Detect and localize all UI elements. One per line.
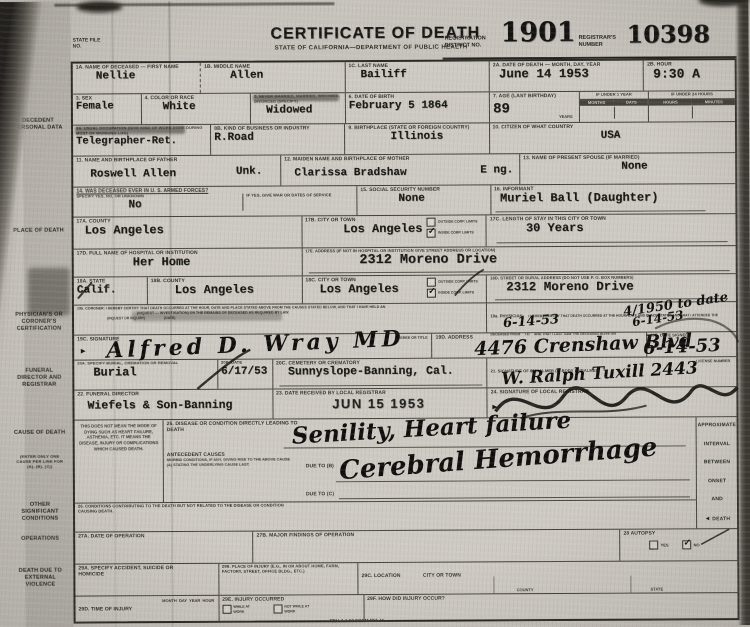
location-divider: [631, 576, 632, 593]
corp-limits-checkboxes: OUTSIDE CORP. LIMITS ✓INSIDE CORP. LIMIT…: [427, 277, 485, 299]
inside-corp-checkbox: ✓: [427, 289, 436, 298]
minutes-subheader: MINUTES: [692, 98, 735, 105]
field-value: Bailiff: [348, 68, 485, 81]
interval-word: DEATH: [712, 516, 730, 522]
torn-edge: [734, 0, 750, 625]
field-county: 17a. COUNTY Los Angeles: [73, 216, 301, 248]
row-operation-autopsy: 27a. DATE OF OPERATION 27b. MAJOR FINDIN…: [75, 528, 737, 563]
field-last-name: 1c. LAST NAME Bailiff: [344, 61, 488, 92]
field-label: IF UNDER 1 YEAR: [580, 93, 649, 98]
field-burial-date: 20b. DATE 6/17/53: [217, 360, 272, 389]
section-label-external-violence: DEATH DUE TO EXTERNAL VIOLENCE: [13, 568, 67, 590]
field-label: 27b. MAJOR FINDINGS OF OPERATION: [257, 531, 617, 539]
cause-entries: 25. DISEASE OR CONDITION DIRECTLY LEADIN…: [163, 417, 696, 502]
while-at-work-checkbox: [222, 605, 231, 614]
field-label: 8a. USUAL OCCUPATION (GIVE KIND OF WORK …: [76, 126, 207, 136]
field-value: 6/17/53: [221, 365, 269, 377]
field-value: Roswell Allen: [76, 168, 176, 181]
field-date-of-birth: 6. DATE OF BIRTH February 5 1864: [345, 92, 489, 123]
field-length-of-stay: 17c. LENGTH OF STAY IN THIS CITY OR TOWN…: [486, 214, 736, 246]
county-sublabel: COUNTY: [517, 587, 534, 592]
rule: [279, 384, 483, 386]
field-value: Nellie: [76, 70, 197, 83]
field-value: R.Road: [214, 131, 341, 144]
row-burial: 20a. SPECIFY BURIAL, CREMATION OR REMOVA…: [74, 356, 736, 389]
field-label: 28 AUTOPSY: [623, 530, 734, 537]
minutes-cell: [692, 106, 735, 118]
row-funeral-director: 22. FUNERAL DIRECTOR Wiefels & Son-Banni…: [74, 386, 736, 419]
interval-column: APPROXIMATE INTERVAL BETWEEN ONSET AND ◄…: [696, 417, 738, 528]
disease-label: 25. DISEASE OR CONDITION DIRECTLY LEADIN…: [167, 420, 299, 433]
field-present-spouse: 13. NAME OF PRESENT SPOUSE (IF MARRIED) …: [519, 153, 735, 184]
autopsy-no-label: NO: [694, 542, 700, 547]
interval-word: INTERVAL: [698, 441, 737, 447]
field-embalmer-signature: 21. SIGNATURE OF EMBALMER (IF BODY EMBAL…: [487, 357, 737, 387]
embalmer-signature-handwriting: W. Ralph Tuxill 2443: [501, 358, 698, 389]
section-label-funeral: FUNERAL DIRECTOR AND REGISTRAR: [12, 368, 66, 390]
autopsy-yes-label: YES: [661, 542, 669, 547]
arrow-right-icon: ►: [79, 348, 87, 356]
field-value: Wiefels & Son-Banning: [77, 397, 269, 414]
certificate-subtitle: STATE OF CALIFORNIA—DEPARTMENT OF PUBLIC…: [275, 45, 468, 52]
days-subheader: DAYS: [613, 98, 648, 105]
outside-corp-label: OUTSIDE CORP. LIMITS: [438, 280, 480, 284]
row-residence: 18a. STATE Calif. 18b. COUNTY Los Angele…: [74, 273, 736, 304]
row-injury-place: 29a. SPECIFY ACCIDENT, SUICIDE OR HOMICI…: [75, 560, 737, 595]
corp-limits-checkboxes: OUTSIDE CORP. LIMITS ✓INSIDE CORP. LIMIT…: [427, 217, 485, 239]
scan-line: [54, 2, 334, 6]
not-while-at-work-checkbox: [273, 604, 282, 613]
field-value: Female: [76, 101, 138, 113]
field-funeral-director: 22. FUNERAL DIRECTOR Wiefels & Son-Banni…: [74, 390, 272, 420]
interval-word: ONSET: [698, 478, 737, 484]
rule: [495, 210, 705, 212]
interval-word-death: ◄ DEATH: [698, 515, 737, 523]
cause-left-block: THIS DOES NOT MEAN THE MODE OF DYING SUC…: [75, 417, 697, 531]
field-value: 30 Years: [490, 221, 733, 235]
field-business-or-industry: 8b. KIND OF BUSINESS OR INDUSTRY R.Road: [210, 124, 344, 155]
autopsy-no-checkbox: ✓: [683, 540, 692, 549]
field-sex: 3. SEX Female: [73, 94, 141, 124]
field-value: June 14 1953: [493, 68, 640, 83]
field-label: 7. AGE (LAST BIRTHDAY): [493, 93, 576, 99]
field-label: 24. SIGNATURE OF LOCAL REGISTRAR: [491, 388, 734, 395]
field-value: Allen: [204, 69, 341, 82]
field-label: 29d. TIME OF INJURY: [79, 606, 139, 612]
father-birthplace-value: Unk.: [236, 166, 262, 178]
while-at-work-label: WHILE AT WORK: [233, 605, 261, 613]
field-value: Clarissa Bradshaw: [284, 167, 406, 180]
field-usual-occupation: 8a. USUAL OCCUPATION (GIVE KIND OF WORK …: [73, 125, 210, 156]
field-value: No: [76, 198, 242, 211]
field-mother-name: 12. MAIDEN NAME AND BIRTHPLACE OF MOTHER…: [280, 154, 519, 185]
field-label: IF UNDER 24 HOURS: [649, 92, 735, 97]
inside-corp-checkbox: ✓: [427, 229, 436, 238]
section-label-cause: CAUSE OF DEATH: [13, 430, 67, 437]
field-value: Illinois: [348, 130, 485, 143]
rule: [339, 496, 690, 499]
field-date-of-death: 2a. DATE OF DEATH — MONTH, DAY, YEAR Jun…: [489, 61, 643, 92]
antecedent-block: ANTECEDENT CAUSES MORBID CONDITIONS, IF …: [167, 451, 295, 468]
rule: [497, 241, 728, 243]
outside-corp-label: OUTSIDE CORP. LIMITS: [438, 220, 480, 224]
registration-district-label: REGISTRATION DISTRICT NO.: [445, 35, 497, 49]
field-place-of-injury: 29b. PLACE OF INJURY (E.G., IN OR ABOUT …: [218, 563, 358, 595]
field-time-of-injury: 29d. TIME OF INJURY MONTH DAY YEAR HOUR: [75, 596, 218, 622]
age-unit-label: YEARS: [559, 114, 573, 119]
inside-corp-label: INSIDE CORP. LIMITS: [438, 291, 480, 295]
field-how-injury-occurred: 29f. HOW DID INJURY OCCUR?: [363, 593, 738, 620]
field-label: 11. NAME AND BIRTHPLACE OF FATHER: [76, 157, 277, 164]
field-value: Calif.: [77, 284, 144, 296]
physician-certification: 19a. PHYSICIAN: I HEREBY CERTIFY THAT DE…: [486, 302, 736, 332]
state-sublabel: STATE: [651, 586, 664, 591]
field-label: 29c. LOCATION: [362, 573, 401, 579]
field-value: Telegrapher-Ret.: [76, 135, 207, 147]
field-injury-occurred: 29e. INJURY OCCURRED WHILE AT WORK NOT W…: [218, 595, 363, 621]
registration-district-number: 1901: [500, 17, 575, 48]
field-value: USA: [493, 129, 733, 142]
field-armed-forces: 14. WAS DECEASED EVER IN U. S. ARMED FOR…: [73, 186, 356, 216]
field-label: 5. NEVER MARRIED, MARRIED, WIDOWED, DIVO…: [254, 94, 342, 104]
field-label: 29b. PLACE OF INJURY (E.G., IN OR ABOUT …: [222, 564, 355, 574]
field-sublabel: IF YES, GIVE WAR OR DATES OF SERVICE: [246, 193, 356, 198]
section-label-decedent: DECEDENT PERSONAL DATA: [11, 118, 65, 133]
row-contributing-conditions: 26. CONDITIONS CONTRIBUTING TO THE DEATH…: [75, 500, 696, 532]
field-label: 29f. HOW DID INJURY OCCUR?: [367, 594, 734, 602]
field-autopsy: 28 AUTOPSY YES ✓ NO: [619, 529, 737, 561]
inside-corp-label: INSIDE CORP. LIMITS: [438, 231, 480, 235]
check-icon: ✓: [428, 286, 436, 297]
interval-word: AND: [698, 496, 737, 502]
field-accident-suicide-homicide: 29a. SPECIFY ACCIDENT, SUICIDE OR HOMICI…: [75, 564, 218, 596]
check-icon: ✓: [428, 226, 436, 237]
field-label: 12. MAIDEN NAME AND BIRTHPLACE OF MOTHER: [284, 155, 516, 162]
section-label-cause-note: (ENTER ONLY ONE CAUSE PER LINE FOR (a), …: [13, 454, 67, 470]
field-label: 27a. DATE OF OPERATION: [78, 533, 249, 540]
field-operation-findings: 27b. MAJOR FINDINGS OF OPERATION: [253, 530, 620, 563]
field-informant: 16. INFORMANT Muriel Ball (Daughter): [490, 184, 736, 214]
row-occupation-birthplace: 8a. USUAL OCCUPATION (GIVE KIND OF WORK …: [73, 121, 735, 155]
due-to-c-label: DUE TO (c): [306, 491, 334, 497]
arrow-left-icon: ◄: [705, 516, 711, 522]
armed-forces-service: IF YES, GIVE WAR OR DATES OF SERVICE: [242, 193, 356, 210]
armed-forces-answer: SPECIFY YES, NO, OR UNKNOWN No: [76, 194, 242, 212]
field-residence-city: 18c. CITY OR TOWN Los Angeles OUTSIDE CO…: [301, 275, 486, 303]
note-text: THIS DOES NOT MEAN THE MODE OF DYING SUC…: [78, 421, 160, 452]
date-received-stamp: JUN 15 1953: [276, 395, 484, 411]
license-number-label: LICENSE NUMBER: [696, 359, 730, 364]
field-value: Burial: [77, 366, 214, 380]
field-value: 2312 Moreno Drive: [305, 252, 732, 269]
field-label: 29a. SPECIFY ACCIDENT, SUICIDE OR HOMICI…: [78, 565, 198, 578]
due-to-b-label: DUE TO (b): [306, 463, 334, 469]
field-value: None: [360, 192, 487, 205]
date-signed-handwriting: 6-14-53: [643, 335, 721, 359]
field-color-or-race: 4. COLOR OR RACE White: [141, 94, 251, 125]
city-or-town-sublabel: CITY OR TOWN: [423, 573, 461, 579]
antecedent-note: MORBID CONDITIONS, IF ANY, GIVING RISE T…: [167, 457, 295, 468]
form-number: REV. 1-1-53 FORM R55-11: [330, 618, 385, 623]
field-value: None: [523, 160, 732, 173]
field-father-name: 11. NAME AND BIRTHPLACE OF FATHER Roswel…: [73, 155, 280, 186]
months-subheader: MONTHS: [580, 99, 614, 106]
field-middle-name: 1b. MIDDLE NAME Allen: [200, 62, 344, 93]
row-hospital-address: 17d. FULL NAME OF HOSPITAL OR INSTITUTIO…: [74, 245, 736, 276]
field-value: 9:30 A: [647, 67, 732, 82]
field-value: February 5 1864: [349, 99, 486, 112]
row-county-city-stay: 17a. COUNTY Los Angeles 17b. CITY OR TOW…: [73, 213, 735, 248]
registrar-number-value: 10398: [626, 19, 710, 48]
field-value: Her Home: [77, 255, 299, 269]
field-burial-type: 20a. SPECIFY BURIAL, CREMATION OR REMOVA…: [74, 360, 217, 390]
field-hospital-name: 17d. FULL NAME OF HOSPITAL OR INSTITUTIO…: [74, 248, 302, 276]
state-file-label: STATE FILE NO.: [73, 37, 107, 49]
attended-to-handwriting: 6-14-53: [503, 312, 560, 331]
field-hour-of-death: 2b. HOUR 9:30 A: [643, 60, 735, 90]
field-first-name: 1a. NAME OF DECEASED — FIRST NAME Nellie: [73, 63, 201, 94]
autopsy-yes-option: YES: [650, 540, 669, 549]
field-label: 29e. INJURY OCCURRED: [222, 596, 360, 603]
field-value: Los Angeles: [151, 283, 299, 297]
field-value: 2312 Moreno Drive: [490, 280, 733, 295]
field-marital-status: 5. NEVER MARRIED, MARRIED, WIDOWED, DIVO…: [250, 93, 345, 123]
field-physician-address: 19d. ADDRESS 4476 Crenshaw Blvd: [432, 333, 647, 358]
section-label-operations: OPERATIONS: [13, 536, 67, 543]
row-injury-time: 29d. TIME OF INJURY MONTH DAY YEAR HOUR …: [75, 592, 737, 621]
field-physician-signature: 19c. SIGNATURE ► Alfred D. Wray MD DEGRE…: [74, 334, 432, 360]
field-social-security-number: 15. SOCIAL SECURITY NUMBER None: [356, 185, 490, 215]
row-name-and-death-date: 1a. NAME OF DECEASED — FIRST NAME Nellie…: [73, 60, 735, 93]
section-label-other-conditions: OTHER SIGNIFICANT CONDITIONS: [13, 502, 67, 524]
hours-subheader: HOURS: [649, 98, 691, 105]
field-if-under-1-year: IF UNDER 1 YEAR MONTHS DAYS: [579, 92, 649, 122]
field-city-or-town: 17b. CITY OR TOWN Los Angeles OUTSIDE CO…: [301, 215, 486, 247]
field-injury-location: 29c. LOCATION CITY OR TOWN COUNTY STATE: [357, 561, 737, 594]
mother-birthplace-value: E ng.: [480, 164, 513, 176]
not-while-at-work-label: NOT WHILE AT WORK: [284, 605, 316, 613]
registrar-number-label: REGISTRAR'S NUMBER: [579, 35, 623, 49]
smudged-margin-label: [28, 268, 70, 316]
certificate-sheet: DECEDENT PERSONAL DATA PLACE OF DEATH PH…: [0, 0, 750, 627]
field-value: White: [145, 101, 248, 114]
cause-of-death-block: THIS DOES NOT MEAN THE MODE OF DYING SUC…: [75, 416, 738, 531]
field-value: Los Angeles: [77, 223, 299, 237]
row-armed-forces-ssn-informant: 14. WAS DECEASED EVER IN U. S. ARMED FOR…: [73, 183, 735, 216]
row-sex-race-birth: 3. SEX Female 4. COLOR OR RACE White 5. …: [73, 90, 735, 124]
field-if-under-24-hours: IF UNDER 24 HOURS HOURS MINUTES: [648, 91, 735, 121]
autopsy-yes-checkbox: [650, 541, 659, 550]
row-physician-signature: 19c. SIGNATURE ► Alfred D. Wray MD DEGRE…: [74, 331, 736, 359]
check-icon: ✓: [684, 537, 692, 548]
field-date-of-operation: 27a. DATE OF OPERATION: [75, 532, 253, 564]
months-cell: [580, 107, 614, 119]
field-label: 26. CONDITIONS CONTRIBUTING TO THE DEATH…: [78, 504, 288, 515]
interval-word: APPROXIMATE: [698, 422, 737, 428]
interval-word: BETWEEN: [698, 459, 737, 465]
autopsy-no-option: ✓ NO: [683, 540, 700, 549]
row-certification: 19b. CORONER: I HEREBY CERTIFY THAT DEAT…: [74, 301, 736, 334]
field-value: Sunnyslope-Banning, Cal.: [276, 365, 484, 379]
cause-explanation-note: THIS DOES NOT MEAN THE MODE OF DYING SUC…: [75, 420, 163, 503]
hours-cell: [649, 106, 691, 118]
days-cell: [614, 106, 649, 118]
row-cause: THIS DOES NOT MEAN THE MODE OF DYING SUC…: [75, 417, 696, 502]
death-certificate-scan: DECEDENT PERSONAL DATA PLACE OF DEATH PH…: [0, 0, 750, 627]
field-value: 89: [493, 102, 510, 117]
time-units-sublabel: MONTH DAY YEAR HOUR: [162, 598, 214, 604]
field-birthplace: 9. BIRTHPLACE (STATE OR FOREIGN COUNTRY)…: [344, 123, 488, 154]
row-parents: 11. NAME AND BIRTHPLACE OF FATHER Roswel…: [73, 152, 735, 186]
ink-smudge: [132, 310, 282, 321]
location-divider: [494, 576, 495, 593]
field-age: 7. AGE (LAST BIRTHDAY) 89 YEARS: [489, 92, 579, 122]
field-place-of-death-address: 17e. ADDRESS (IF NOT IN HOSPITAL OR INST…: [301, 246, 735, 275]
field-value: Widowed: [254, 104, 342, 117]
field-citizen-of-country: 10. CITIZEN OF WHAT COUNTRY USA: [489, 122, 736, 153]
field-value: Muriel Ball (Daughter): [494, 191, 732, 205]
section-label-place-of-death: PLACE OF DEATH: [12, 228, 66, 235]
field-residence-state: 18a. STATE Calif.: [74, 277, 147, 304]
field-cemetery: 20c. CEMETERY OR CREMATORY Sunnyslope-Ba…: [272, 358, 487, 388]
